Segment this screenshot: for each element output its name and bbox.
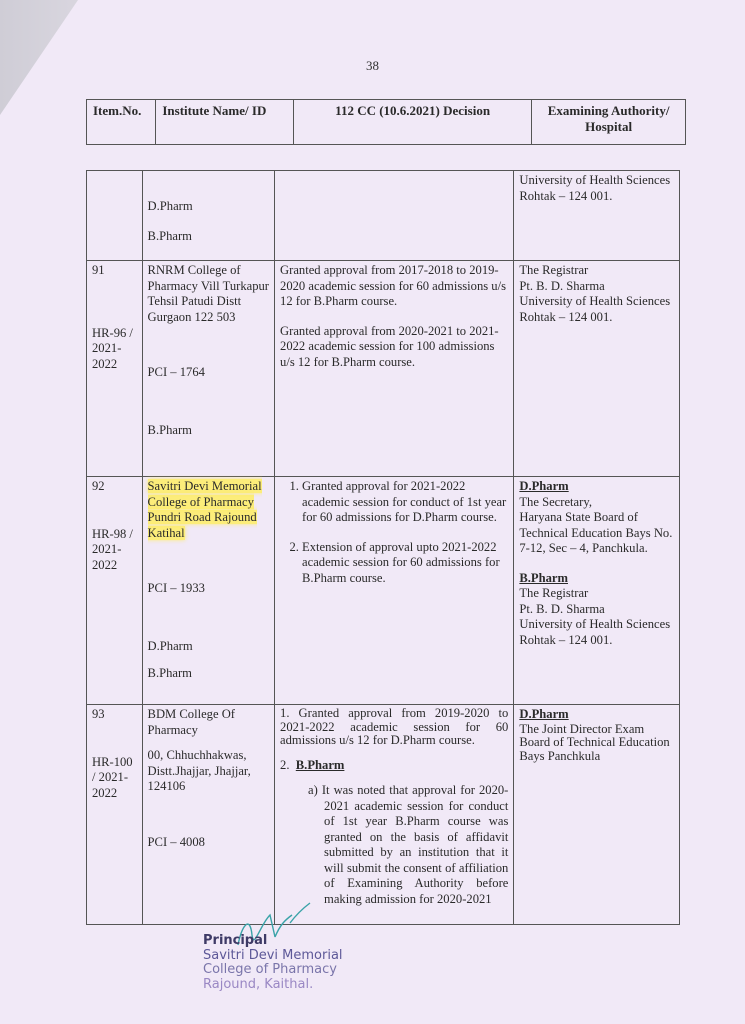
pci-id: PCI – 4008 xyxy=(148,835,269,851)
stamp-line: College of Pharmacy xyxy=(203,963,343,978)
principal-stamp: Principal Savitri Devi Memorial College … xyxy=(203,934,343,992)
table-row: 92 HR-98 / 2021-2022 Savitri Devi Memori… xyxy=(87,477,680,705)
hr-id: HR-100 / 2021-2022 xyxy=(92,755,137,802)
hr-id: HR-98 / 2021-2022 xyxy=(92,527,137,574)
authority-heading: D.Pharm xyxy=(519,479,674,495)
stamp-line: Rajound, Kaithal. xyxy=(203,978,343,993)
decision-text: 1. Granted approval from 2019-2020 to 20… xyxy=(280,707,508,748)
table-row: 91 HR-96 / 2021-2022 RNRM College of Pha… xyxy=(87,261,680,477)
institute-cell: RNRM College of Pharmacy Vill Turkapur T… xyxy=(142,261,274,477)
item-number: 93 xyxy=(92,707,137,723)
authority-text: The Registrar Pt. B. D. Sharma Universit… xyxy=(519,586,674,648)
course-label: B.Pharm xyxy=(148,423,269,439)
institute-name-highlighted: Savitri Devi Memorial College of Pharmac… xyxy=(148,479,269,541)
decision-subheading: 2. B.Pharm xyxy=(280,758,508,774)
page-number: 38 xyxy=(0,58,745,74)
decision-text: Granted approval from 2017-2018 to 2019-… xyxy=(280,263,508,310)
decision-cell: Granted approval for 2021-2022 academic … xyxy=(275,477,514,705)
authority-cell: D.Pharm The Joint Director Exam Board of… xyxy=(514,705,680,925)
item-cell: 92 HR-98 / 2021-2022 xyxy=(87,477,143,705)
item-cell: 91 HR-96 / 2021-2022 xyxy=(87,261,143,477)
institute-name: RNRM College of Pharmacy Vill Turkapur T… xyxy=(148,263,269,325)
decision-item: Granted approval for 2021-2022 academic … xyxy=(302,479,508,526)
institute-cell: BDM College Of Pharmacy 00, Chhuchhakwas… xyxy=(142,705,274,925)
decision-text: a) It was noted that approval for 2020-2… xyxy=(280,783,508,907)
course-label: B.Pharm xyxy=(148,666,269,682)
decision-cell: Granted approval from 2017-2018 to 2019-… xyxy=(275,261,514,477)
authority-cell: D.Pharm The Secretary, Haryana State Boa… xyxy=(514,477,680,705)
decision-list: Granted approval for 2021-2022 academic … xyxy=(280,479,508,586)
institute-cell: Savitri Devi Memorial College of Pharmac… xyxy=(142,477,274,705)
item-cell: 93 HR-100 / 2021-2022 xyxy=(87,705,143,925)
authority-cell: The Registrar Pt. B. D. Sharma Universit… xyxy=(514,261,680,477)
institute-cell: D.Pharm B.Pharm xyxy=(142,171,274,261)
item-number: 91 xyxy=(92,263,137,279)
decision-text: Granted approval from 2020-2021 to 2021-… xyxy=(280,324,508,371)
pci-id: PCI – 1764 xyxy=(148,365,269,381)
pci-id: PCI – 1933 xyxy=(148,581,269,597)
table-header: Item.No. Institute Name/ ID 112 CC (10.6… xyxy=(86,99,686,145)
course-label: D.Pharm xyxy=(148,639,269,655)
table-row: 93 HR-100 / 2021-2022 BDM College Of Pha… xyxy=(87,705,680,925)
institute-address: 00, Chhuchhakwas, Distt.Jhajjar, Jhajjar… xyxy=(148,748,269,795)
decision-item: Extension of approval upto 2021-2022 aca… xyxy=(302,540,508,587)
course-label: D.Pharm xyxy=(148,199,269,215)
header-authority: Examining Authority/ Hospital xyxy=(532,100,686,145)
item-number: 92 xyxy=(92,479,137,495)
institute-name: BDM College Of Pharmacy xyxy=(148,707,269,738)
header-item-no: Item.No. xyxy=(87,100,156,145)
stamp-line: Principal xyxy=(203,934,343,949)
authority-text: The Joint Director Exam Board of Technic… xyxy=(519,723,674,764)
authority-heading: B.Pharm xyxy=(519,571,674,587)
table-row: D.Pharm B.Pharm University of Health Sci… xyxy=(87,171,680,261)
item-cell xyxy=(87,171,143,261)
course-label: B.Pharm xyxy=(148,229,269,245)
header-decision: 112 CC (10.6.2021) Decision xyxy=(294,100,532,145)
decision-cell xyxy=(275,171,514,261)
stamp-line: Savitri Devi Memorial xyxy=(203,949,343,964)
authority-cell: University of Health Sciences Rohtak – 1… xyxy=(514,171,680,261)
header-institute: Institute Name/ ID xyxy=(156,100,294,145)
hr-id: HR-96 / 2021-2022 xyxy=(92,326,137,373)
authority-heading: D.Pharm xyxy=(519,707,674,723)
decisions-table: D.Pharm B.Pharm University of Health Sci… xyxy=(86,170,680,925)
authority-text: The Secretary, Haryana State Board of Te… xyxy=(519,495,674,557)
decision-cell: 1. Granted approval from 2019-2020 to 20… xyxy=(275,705,514,925)
